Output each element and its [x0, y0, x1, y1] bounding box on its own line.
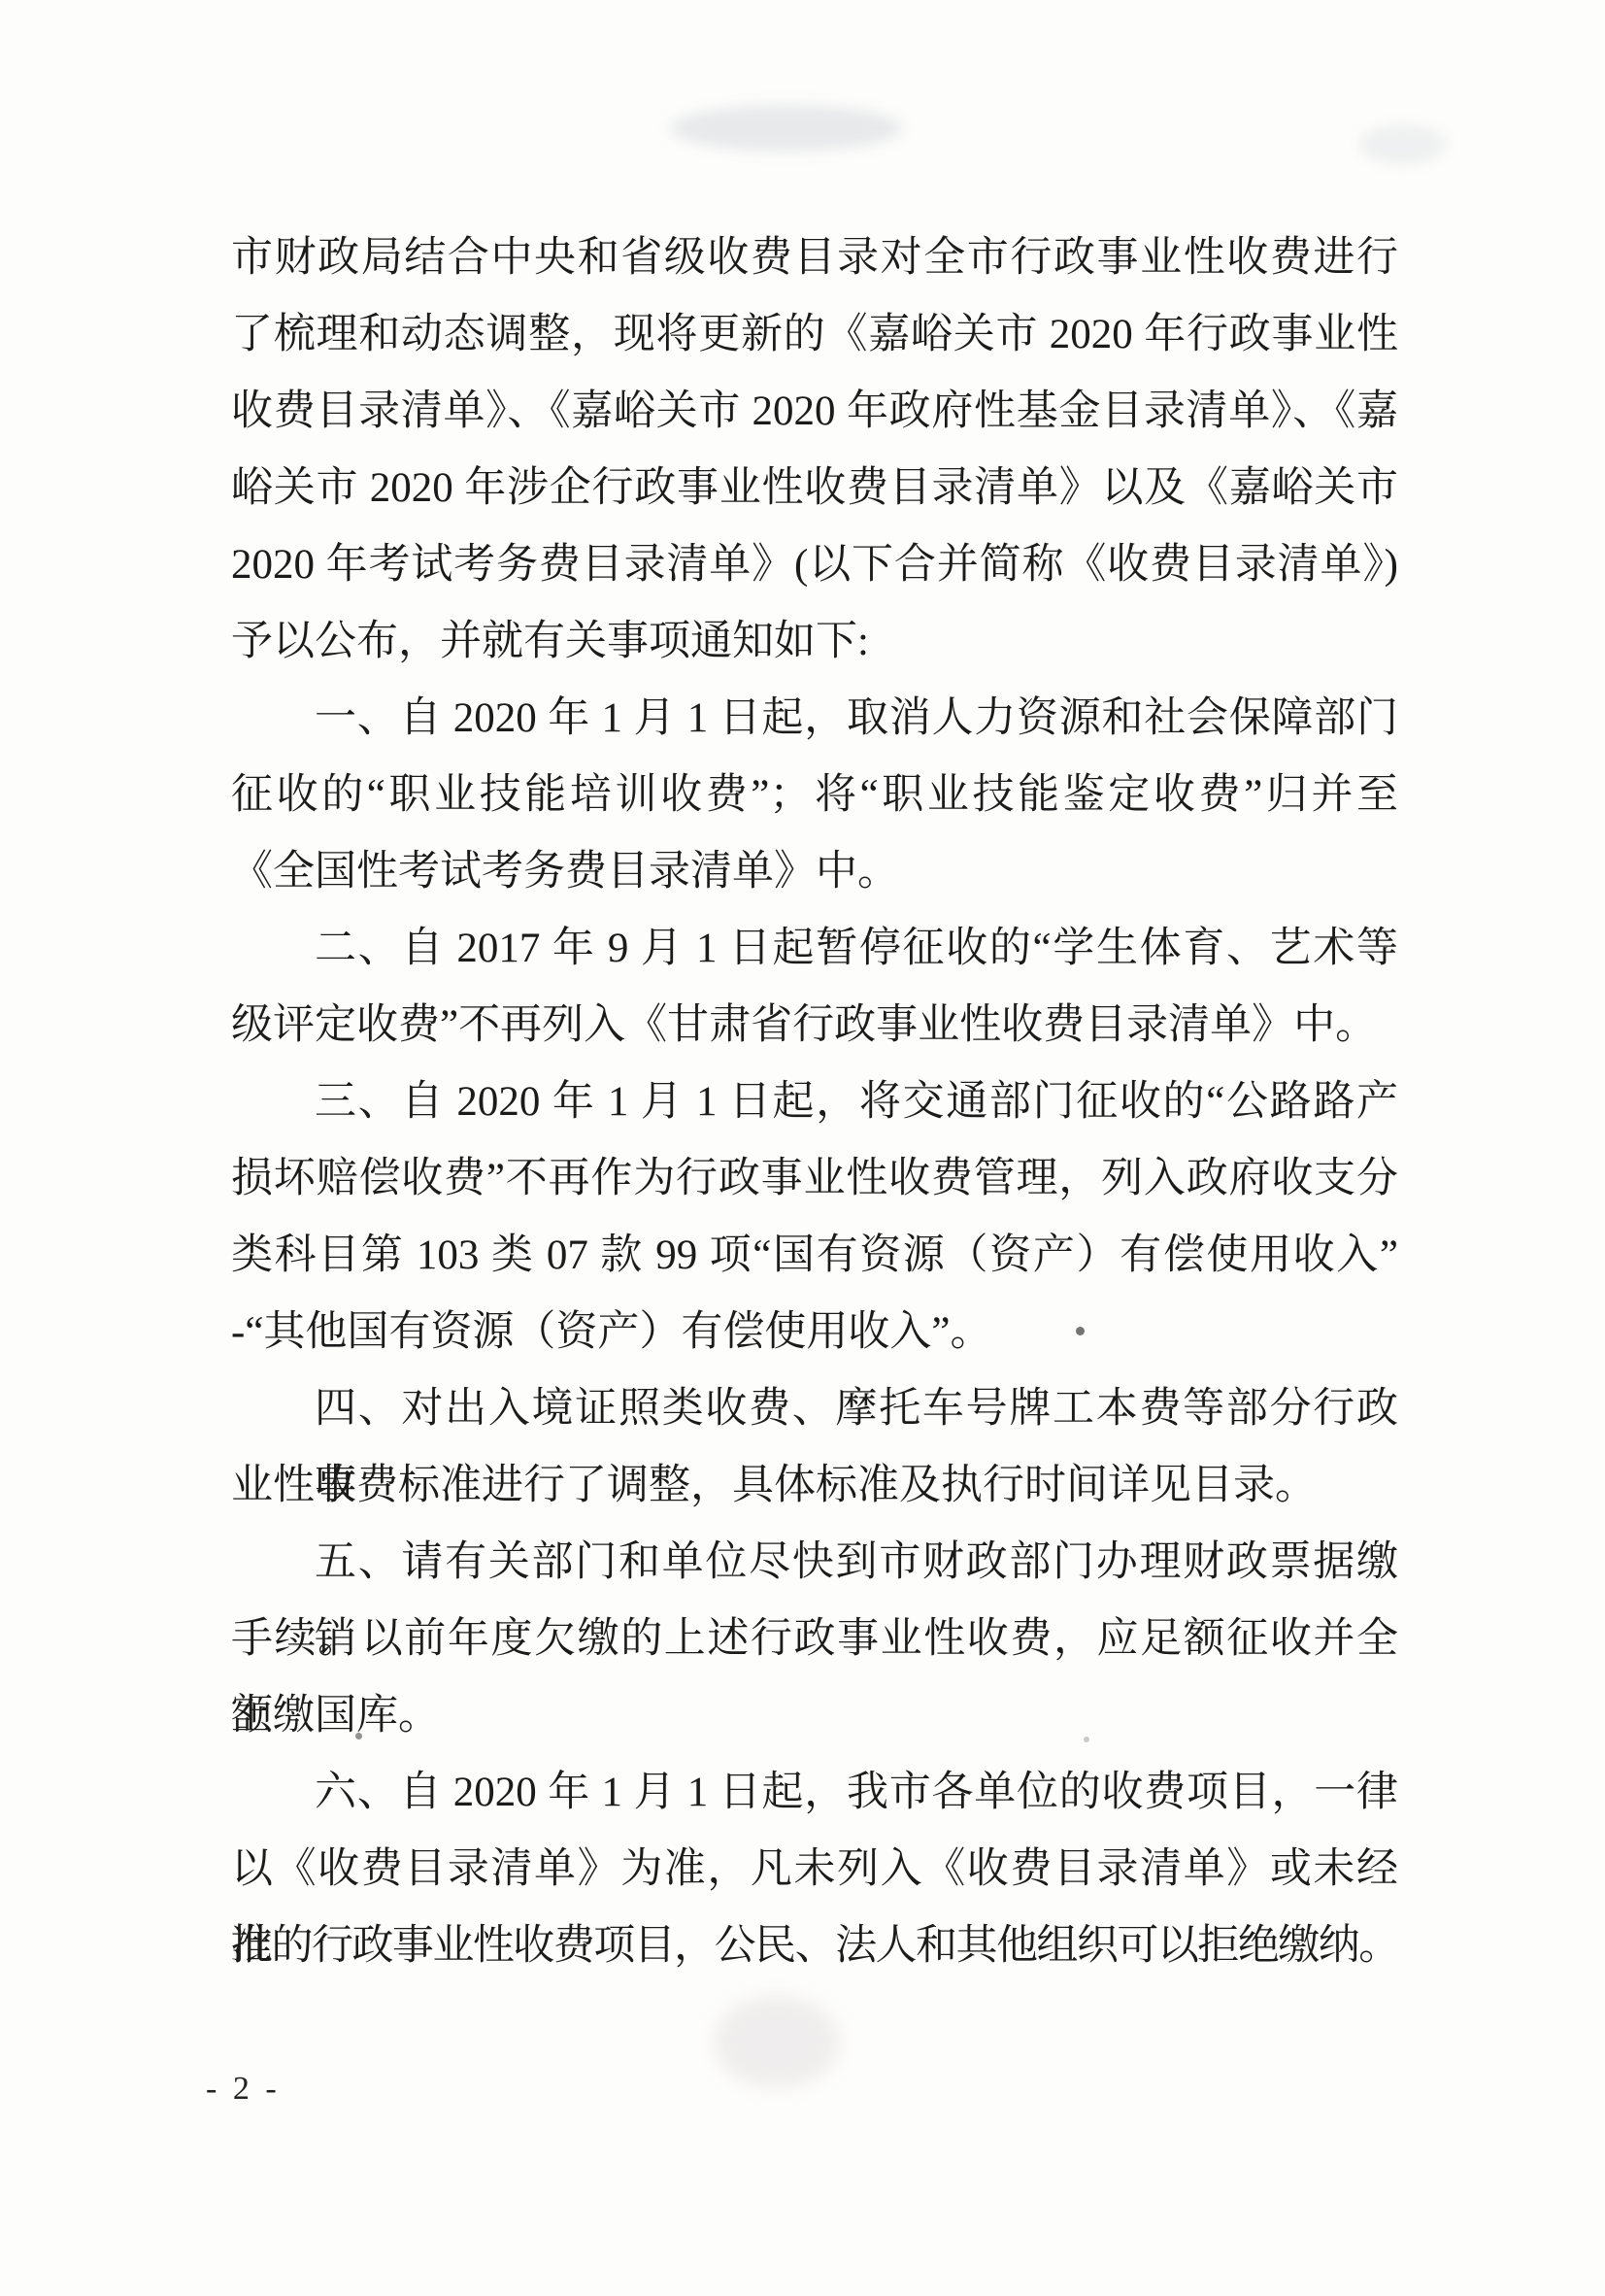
text-line: 予以公布，并就有关事项通知如下:	[231, 603, 1398, 680]
text-line: 《全国性考试考务费目录清单》中。	[231, 833, 1398, 910]
text-line: 峪关市 2020 年涉企行政事业性收费目录清单》以及《嘉峪关市	[231, 450, 1398, 526]
scan-artifact	[714, 1996, 840, 2088]
text-line: 收费目录清单》、《嘉峪关市 2020 年政府性基金目录清单》、《嘉	[231, 373, 1398, 450]
text-line: 级评定收费”不再列入《甘肃省行政事业性收费目录清单》中。	[231, 987, 1398, 1064]
text-line: 三、自 2020 年 1 月 1 日起，将交通部门征收的“公路路产	[231, 1064, 1398, 1140]
text-line: 2020 年考试考务费目录清单》(以下合并简称《收费目录清单》)	[231, 526, 1398, 603]
scan-artifact	[670, 105, 903, 152]
text-line: 五、请有关部门和单位尽快到市财政部门办理财政票据缴销	[231, 1524, 1398, 1601]
text-line: 了梳理和动态调整，现将更新的《嘉峪关市 2020 年行政事业性	[231, 296, 1398, 373]
text-line: 以《收费目录清单》为准，凡未列入《收费目录清单》或未经批	[231, 1831, 1398, 1908]
text-line: 六、自 2020 年 1 月 1 日起，我市各单位的收费项目，一律	[231, 1754, 1398, 1831]
text-line: 损坏赔偿收费”不再作为行政事业性收费管理，列入政府收支分	[231, 1140, 1398, 1217]
text-line: 手续。以前年度欠缴的上述行政事业性收费，应足额征收并全额	[231, 1601, 1398, 1677]
scanned-document-page: 市财政局结合中央和省级收费目录对全市行政事业性收费进行了梳理和动态调整，现将更新…	[0, 0, 1605, 2296]
document-body: 市财政局结合中央和省级收费目录对全市行政事业性收费进行了梳理和动态调整，现将更新…	[231, 219, 1398, 1984]
page-number: - 2 -	[206, 2071, 281, 2108]
text-line: 四、对出入境证照类收费、摩托车号牌工本费等部分行政事	[231, 1370, 1398, 1447]
text-line: 一、自 2020 年 1 月 1 日起，取消人力资源和社会保障部门	[231, 680, 1398, 757]
scan-artifact	[1359, 124, 1447, 165]
text-line: 上缴国库。	[231, 1677, 1398, 1754]
text-line: 二、自 2017 年 9 月 1 日起暂停征收的“学生体育、艺术等	[231, 910, 1398, 987]
text-line: 类科目第 103 类 07 款 99 项“国有资源（资产）有偿使用收入”	[231, 1217, 1398, 1294]
text-line: 准的行政事业性收费项目，公民、法人和其他组织可以拒绝缴纳。	[231, 1908, 1398, 1984]
text-line: 业性收费标准进行了调整，具体标准及执行时间详见目录。	[231, 1447, 1398, 1524]
text-line: -“其他国有资源（资产）有偿使用收入”。	[231, 1294, 1398, 1370]
text-line: 征收的“职业技能培训收费”；将“职业技能鉴定收费”归并至	[231, 757, 1398, 833]
text-line: 市财政局结合中央和省级收费目录对全市行政事业性收费进行	[231, 219, 1398, 296]
